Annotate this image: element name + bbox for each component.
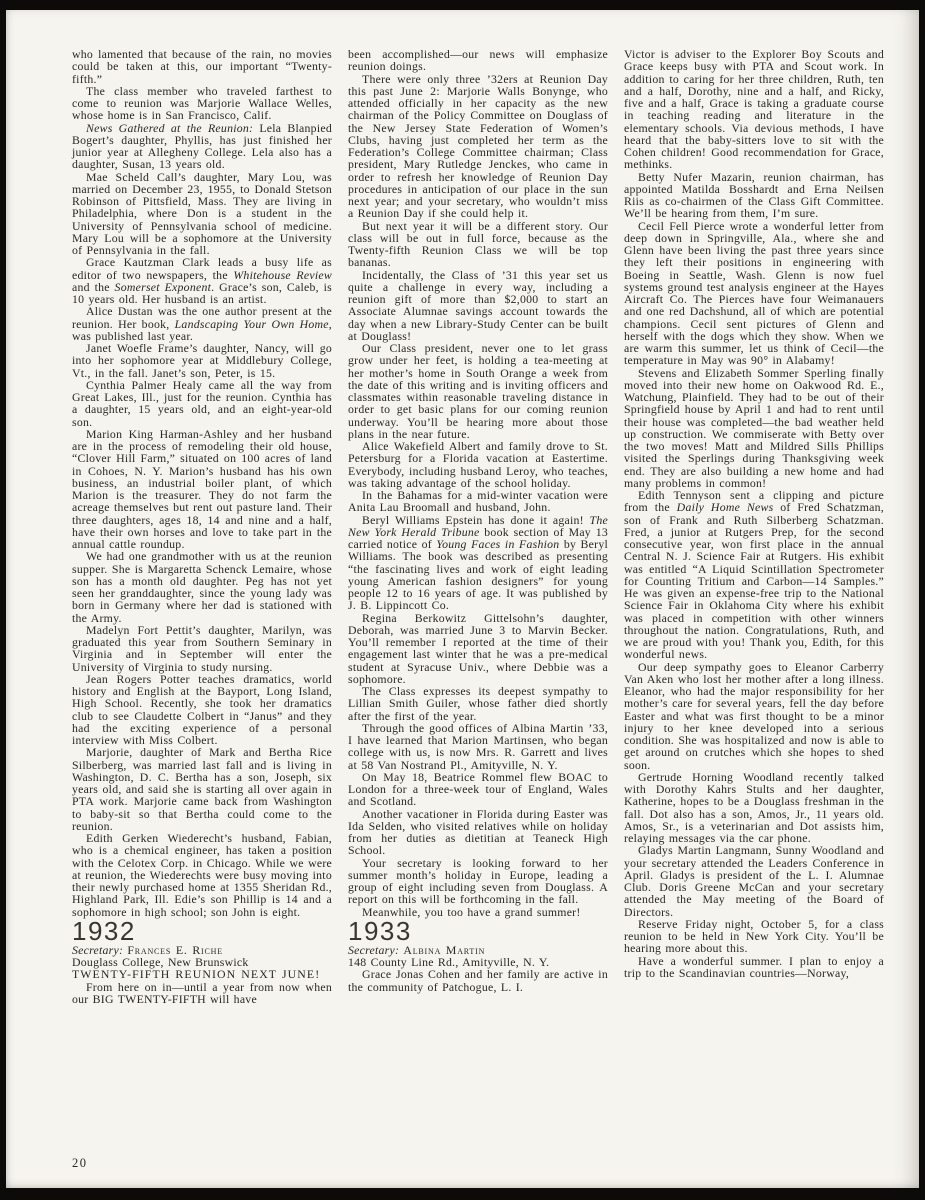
text-segment: Madelyn Fort Pettit’s daughter, Marilyn,… bbox=[72, 623, 332, 674]
class-year-heading: 1932 bbox=[72, 918, 332, 944]
text-column-right: Victor is adviser to the Explorer Boy Sc… bbox=[624, 48, 884, 1005]
paragraph: From here on in—until a year from now wh… bbox=[72, 981, 332, 1006]
paragraph: On May 18, Beatrice Rommel flew BOAC to … bbox=[348, 771, 608, 808]
text-columns: who lamented that because of the rain, n… bbox=[72, 48, 884, 1005]
text-segment: The class member who traveled farthest t… bbox=[72, 84, 332, 123]
text-segment: We had one grandmother with us at the re… bbox=[72, 549, 332, 624]
paragraph: The Class expresses its deepest sympathy… bbox=[348, 685, 608, 722]
text-segment: Grace Jonas Cohen and her family are act… bbox=[348, 967, 608, 993]
text-segment: Your secretary is looking forward to her… bbox=[348, 856, 608, 907]
text-segment: In the Bahamas for a mid-winter vacation… bbox=[348, 488, 608, 514]
text-segment: Victor is adviser to the Explorer Boy Sc… bbox=[624, 47, 884, 171]
text-segment: But next year it will be a different sto… bbox=[348, 219, 608, 270]
paragraph: But next year it will be a different sto… bbox=[348, 220, 608, 269]
paragraph: Jean Rogers Potter teaches dramatics, wo… bbox=[72, 673, 332, 747]
text-segment: There were only three ’32ers at Reunion … bbox=[348, 72, 608, 221]
text-segment: Our Class president, never one to let gr… bbox=[348, 341, 608, 441]
paragraph: Regina Berkowitz Gittelsohn’s daughter, … bbox=[348, 612, 608, 686]
text-segment: Mae Scheld Call’s daughter, Mary Lou, wa… bbox=[72, 170, 332, 258]
text-segment: Janet Woefle Frame’s daughter, Nancy, wi… bbox=[72, 341, 332, 380]
paragraph: Through the good offices of Albina Marti… bbox=[348, 722, 608, 771]
paragraph: Marion King Harman-Ashley and her husban… bbox=[72, 428, 332, 551]
text-segment: who lamented that because of the rain, n… bbox=[72, 47, 332, 86]
paragraph: Another vacationer in Florida during Eas… bbox=[348, 808, 608, 857]
text-segment: On May 18, Beatrice Rommel flew BOAC to … bbox=[348, 770, 608, 809]
scanned-page: who lamented that because of the rain, n… bbox=[6, 10, 919, 1188]
text-segment: Regina Berkowitz Gittelsohn’s daughter, … bbox=[348, 611, 608, 686]
paragraph: Janet Woefle Frame’s daughter, Nancy, wi… bbox=[72, 342, 332, 379]
paragraph: who lamented that because of the rain, n… bbox=[72, 48, 332, 85]
paragraph: We had one grandmother with us at the re… bbox=[72, 550, 332, 624]
paragraph: Cynthia Palmer Healy came all the way fr… bbox=[72, 379, 332, 428]
paragraph: News Gathered at the Reunion: Lela Blanp… bbox=[72, 122, 332, 171]
paragraph: Reserve Friday night, October 5, for a c… bbox=[624, 918, 884, 955]
text-column-left: who lamented that because of the rain, n… bbox=[72, 48, 332, 1005]
text-segment: Our deep sympathy goes to Eleanor Carber… bbox=[624, 660, 884, 772]
paragraph: In the Bahamas for a mid-winter vacation… bbox=[348, 489, 608, 514]
paragraph: Your secretary is looking forward to her… bbox=[348, 857, 608, 906]
text-segment: Through the good offices of Albina Marti… bbox=[348, 721, 608, 772]
paragraph: Grace Kautzman Clark leads a busy life a… bbox=[72, 256, 332, 305]
class-year-heading: 1933 bbox=[348, 918, 608, 944]
paragraph: Mae Scheld Call’s daughter, Mary Lou, wa… bbox=[72, 171, 332, 257]
paragraph: Grace Jonas Cohen and her family are act… bbox=[348, 968, 608, 993]
text-column-middle: been accomplished—our news will emphasiz… bbox=[348, 48, 608, 1005]
paragraph: Edith Gerken Wiederecht’s husband, Fabia… bbox=[72, 832, 332, 918]
paragraph: Madelyn Fort Pettit’s daughter, Marilyn,… bbox=[72, 624, 332, 673]
text-segment: Edith Gerken Wiederecht’s husband, Fabia… bbox=[72, 831, 332, 919]
paragraph: Incidentally, the Class of ’31 this year… bbox=[348, 269, 608, 343]
text-segment: Incidentally, the Class of ’31 this year… bbox=[348, 268, 608, 343]
text-segment: Landscaping Your Own Home bbox=[175, 317, 329, 331]
text-segment: by Beryl Williams. The book was describe… bbox=[348, 537, 608, 612]
paragraph: The class member who traveled farthest t… bbox=[72, 85, 332, 122]
paragraph: There were only three ’32ers at Reunion … bbox=[348, 73, 608, 220]
paragraph: Edith Tennyson sent a clipping and pictu… bbox=[624, 489, 884, 661]
paragraph: Alice Wakefield Albert and family drove … bbox=[348, 440, 608, 489]
text-segment: 1933 bbox=[348, 916, 412, 946]
text-segment: Betty Nufer Mazarin, reunion chairman, h… bbox=[624, 170, 884, 221]
paragraph: Betty Nufer Mazarin, reunion chairman, h… bbox=[624, 171, 884, 220]
text-segment: Have a wonderful summer. I plan to enjoy… bbox=[624, 954, 884, 980]
text-segment: Cynthia Palmer Healy came all the way fr… bbox=[72, 378, 332, 429]
text-segment: Alice Wakefield Albert and family drove … bbox=[348, 439, 608, 490]
paragraph: Have a wonderful summer. I plan to enjoy… bbox=[624, 955, 884, 980]
text-segment: The Class expresses its deepest sympathy… bbox=[348, 684, 608, 723]
paragraph: Marjorie, daughter of Mark and Bertha Ri… bbox=[72, 746, 332, 832]
paragraph: Our deep sympathy goes to Eleanor Carber… bbox=[624, 661, 884, 771]
paragraph: Our Class president, never one to let gr… bbox=[348, 342, 608, 440]
paragraph: been accomplished—our news will emphasiz… bbox=[348, 48, 608, 73]
text-segment: Marjorie, daughter of Mark and Bertha Ri… bbox=[72, 745, 332, 833]
text-segment: Stevens and Elizabeth Sommer Sperling fi… bbox=[624, 366, 884, 490]
paragraph: Alice Dustan was the one author present … bbox=[72, 305, 332, 342]
text-segment: Gladys Martin Langmann, Sunny Woodland a… bbox=[624, 843, 884, 918]
text-segment: 1932 bbox=[72, 916, 136, 946]
text-segment: been accomplished—our news will emphasiz… bbox=[348, 47, 608, 73]
text-segment: From here on in—until a year from now wh… bbox=[72, 980, 332, 1006]
paragraph: Gertrude Horning Woodland recently talke… bbox=[624, 771, 884, 845]
text-segment: Reserve Friday night, October 5, for a c… bbox=[624, 917, 884, 956]
text-segment: Gertrude Horning Woodland recently talke… bbox=[624, 770, 884, 845]
text-segment: Another vacationer in Florida during Eas… bbox=[348, 807, 608, 858]
text-segment: of Fred Schatzman, son of Frank and Ruth… bbox=[624, 500, 884, 661]
paragraph: Cecil Fell Pierce wrote a wonderful lett… bbox=[624, 220, 884, 367]
paragraph: Stevens and Elizabeth Sommer Sperling fi… bbox=[624, 367, 884, 490]
text-segment: Cecil Fell Pierce wrote a wonderful lett… bbox=[624, 219, 884, 368]
paragraph: Gladys Martin Langmann, Sunny Woodland a… bbox=[624, 844, 884, 918]
paragraph: Beryl Williams Epstein has done it again… bbox=[348, 514, 608, 612]
text-segment: Jean Rogers Potter teaches dramatics, wo… bbox=[72, 672, 332, 747]
page-number: 20 bbox=[72, 1156, 88, 1171]
paragraph: Victor is adviser to the Explorer Boy Sc… bbox=[624, 48, 884, 171]
text-segment: Marion King Harman-Ashley and her husban… bbox=[72, 427, 332, 551]
